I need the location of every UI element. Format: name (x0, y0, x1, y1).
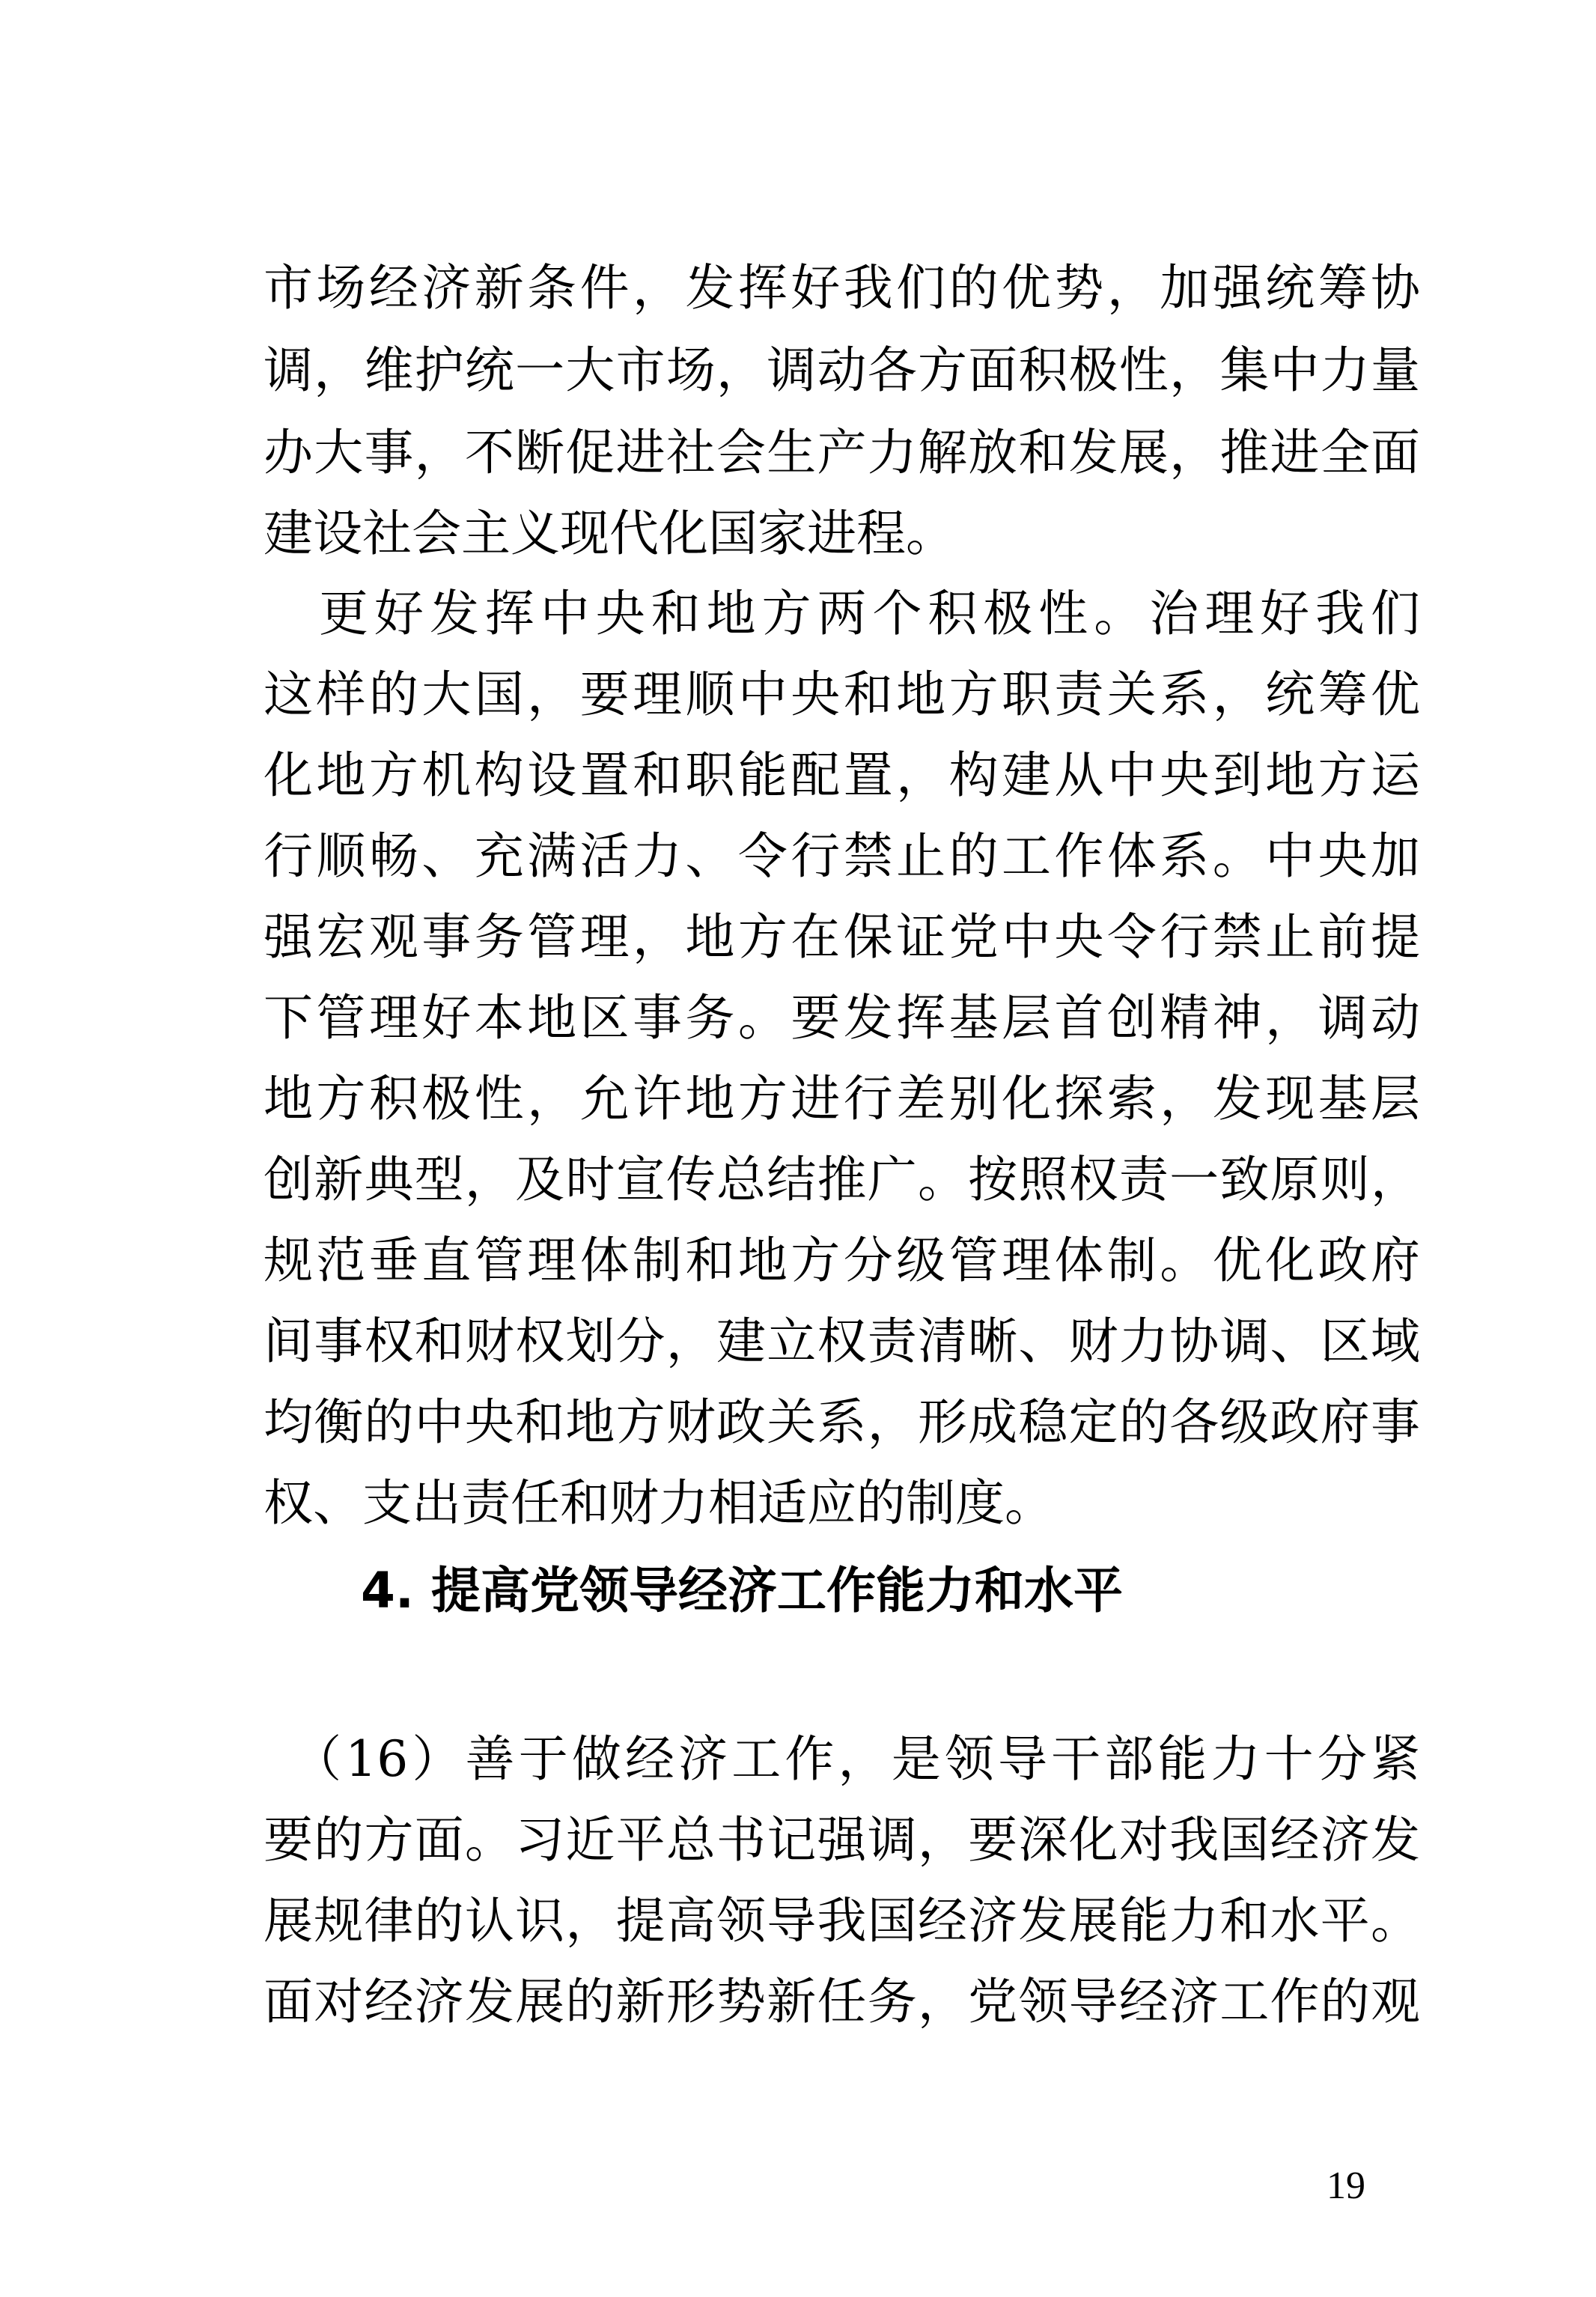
text-line: 建设社会主义现代化国家进程。 (264, 504, 1420, 564)
text-line: 地方积极性，允许地方进行差别化探索，发现基层 (264, 1069, 1420, 1129)
text-line: 行顺畅、充满活力、令行禁止的工作体系。中央加 (264, 827, 1420, 886)
text-line: 创新典型，及时宣传总结推广。按照权责一致原则， (264, 1150, 1420, 1210)
text-line: （16）善于做经济工作，是领导干部能力十分紧 (264, 1729, 1420, 1789)
page-number: 19 (1327, 2164, 1365, 2208)
text-line: 规范垂直管理体制和地方分级管理体制。优化政府 (264, 1231, 1420, 1291)
text-line: 展规律的认识，提高领导我国经济发展能力和水平。 (264, 1891, 1420, 1951)
text-line: 下管理好本地区事务。要发挥基层首创精神，调动 (264, 988, 1420, 1048)
text-line: 更好发挥中央和地方两个积极性。治理好我们 (264, 584, 1420, 644)
text-line: 要的方面。习近平总书记强调，要深化对我国经济发 (264, 1810, 1420, 1870)
text-line: 面对经济发展的新形势新任务，党领导经济工作的观 (264, 1972, 1420, 2032)
text-line: 这样的大国，要理顺中央和地方职责关系，统筹优 (264, 665, 1420, 725)
section-heading: 4. 提高党领导经济工作能力和水平 (361, 1561, 1123, 1621)
text-line: 调，维护统一大市场，调动各方面积极性，集中力量 (264, 341, 1420, 401)
text-line: 均衡的中央和地方财政关系，形成稳定的各级政府事 (264, 1393, 1420, 1452)
text-line: 权、支出责任和财力相适应的制度。 (264, 1473, 1420, 1533)
text-line: 强宏观事务管理，地方在保证党中央令行禁止前提 (264, 907, 1420, 967)
text-line: 化地方机构设置和职能配置，构建从中央到地方运 (264, 746, 1420, 806)
text-line: 间事权和财权划分，建立权责清晰、财力协调、区域 (264, 1312, 1420, 1372)
text-line: 办大事，不断促进社会生产力解放和发展，推进全面 (264, 423, 1420, 483)
text-line: 市场经济新条件，发挥好我们的优势，加强统筹协 (264, 258, 1420, 318)
